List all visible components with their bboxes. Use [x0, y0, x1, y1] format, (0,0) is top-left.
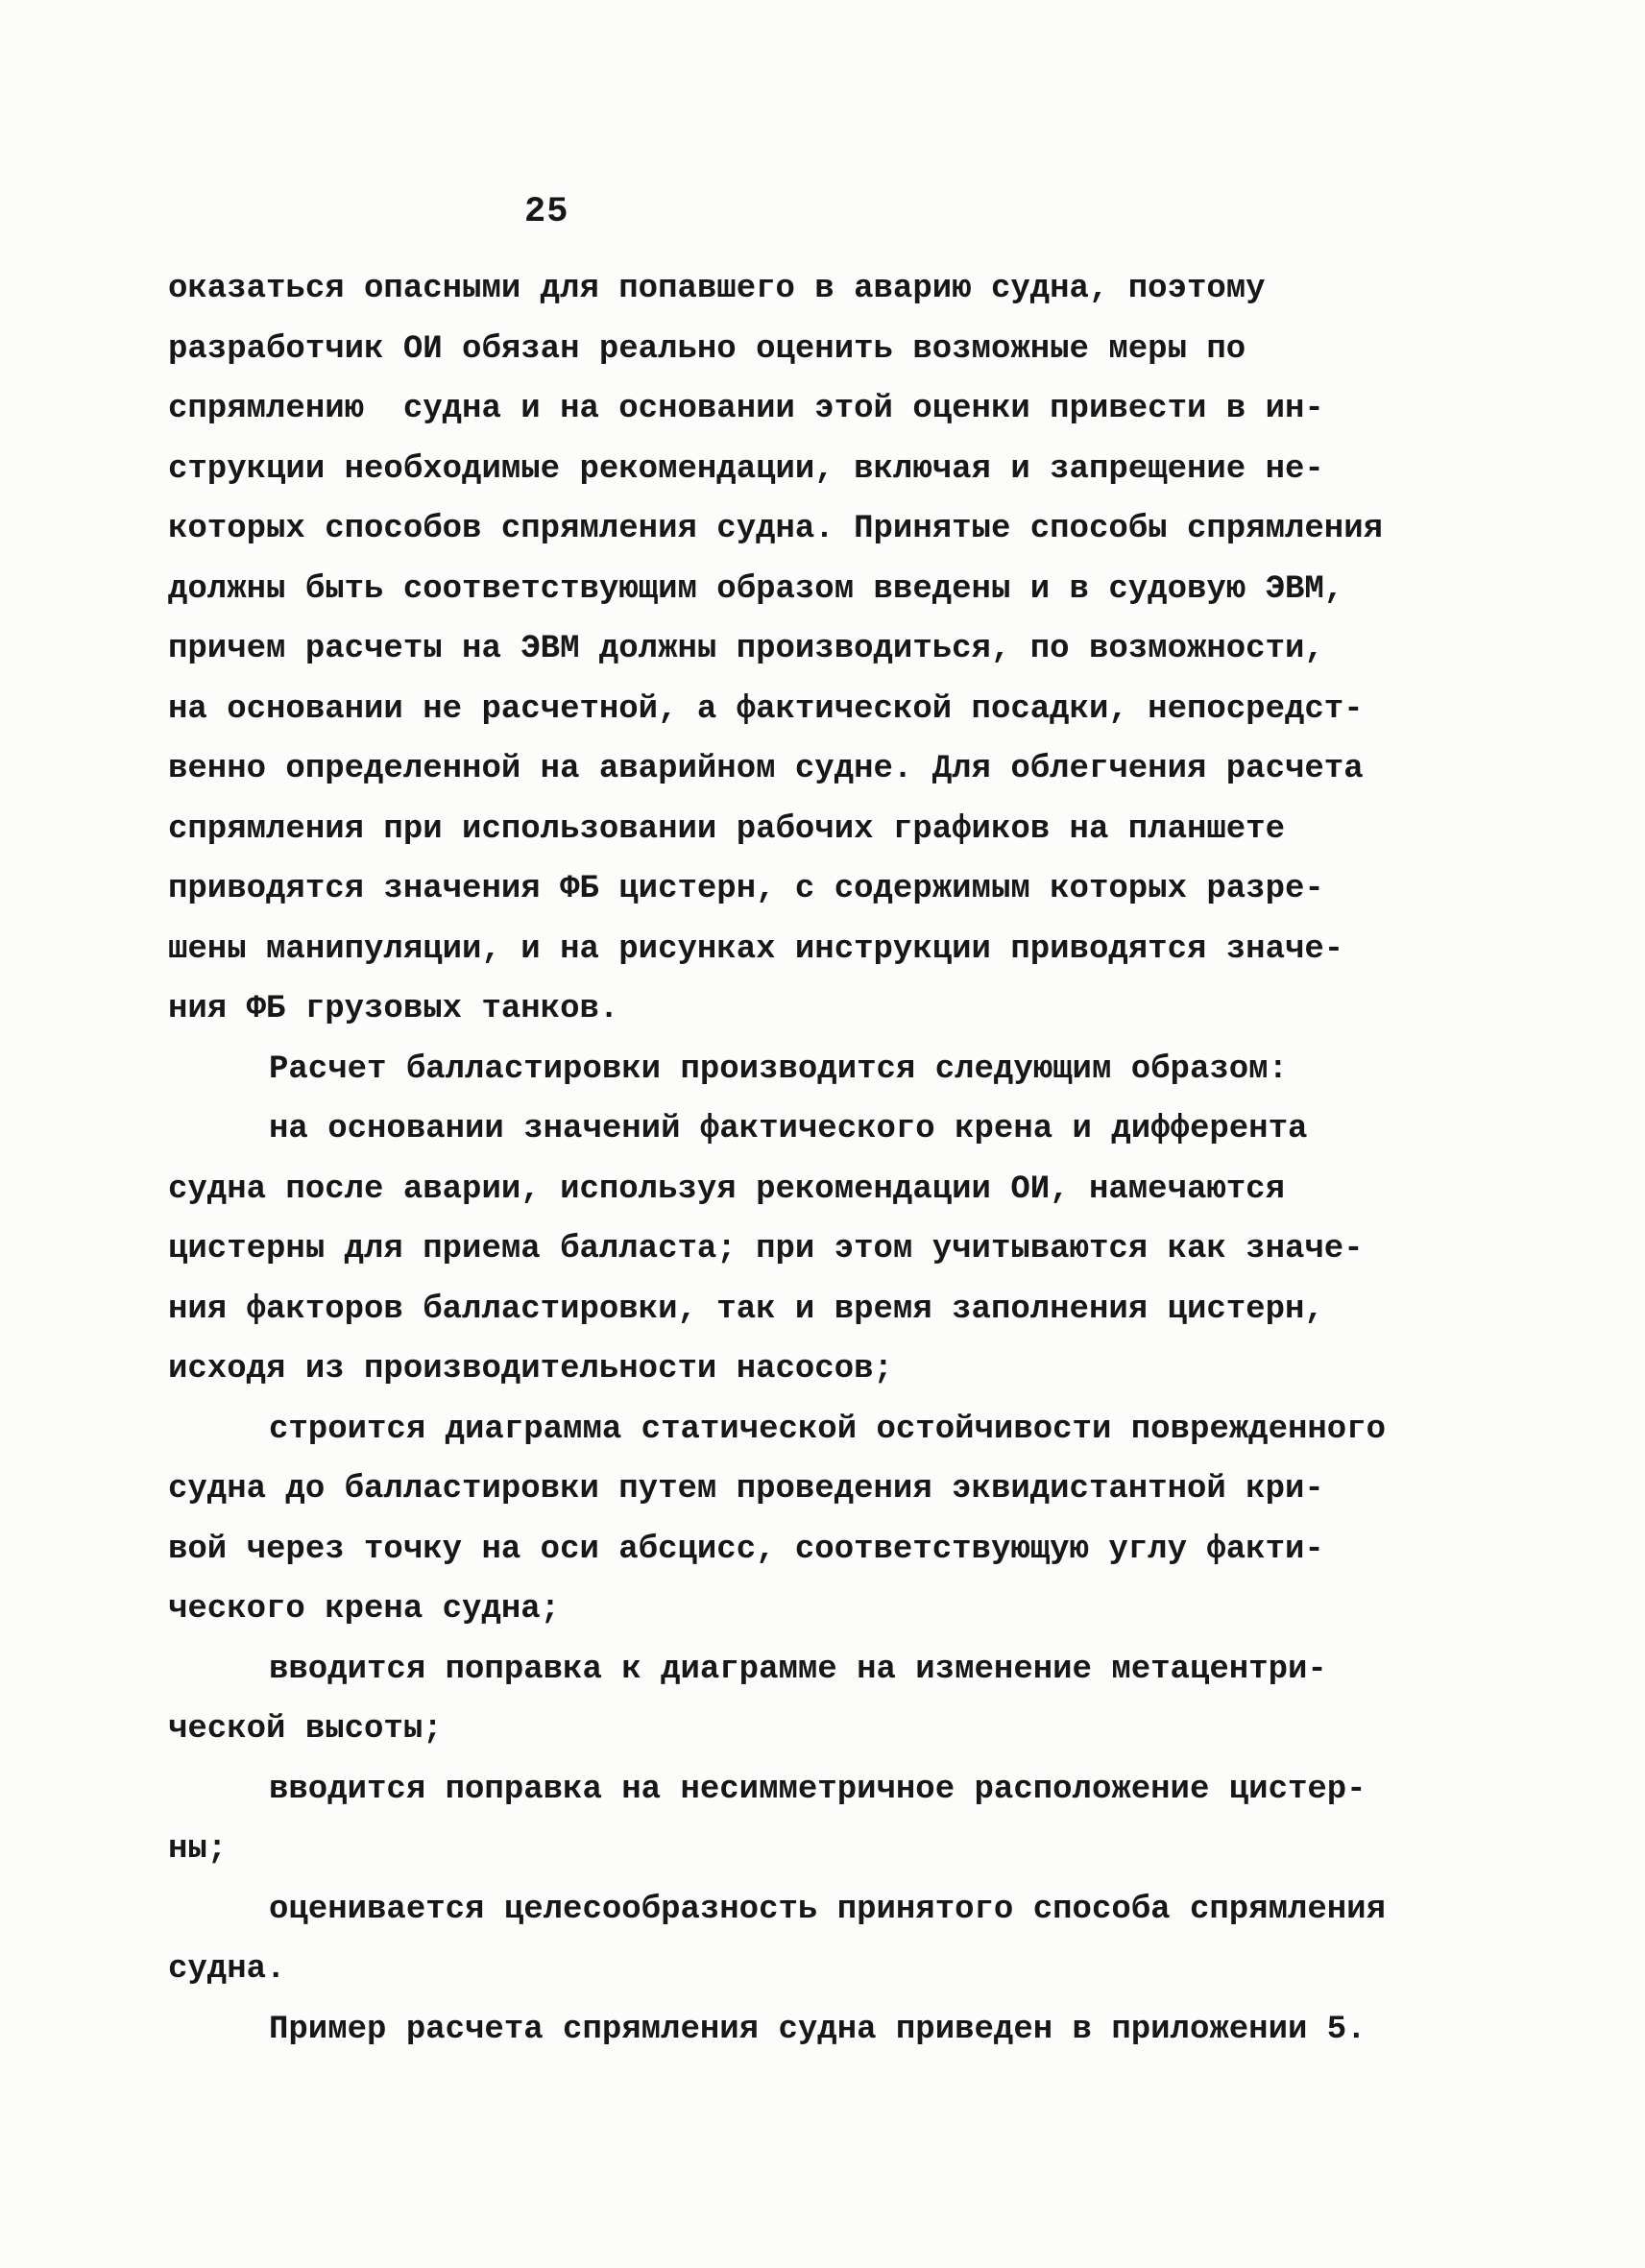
- text-line: ческого крена судна;: [168, 1580, 1416, 1640]
- text-line: судна до балластировки путем проведения …: [168, 1460, 1416, 1520]
- paragraph: Расчет балластировки производится следую…: [168, 1040, 1416, 1100]
- paragraph: вводится поправка к диаграмме на изменен…: [168, 1640, 1416, 1760]
- text-line: должны быть соответствующим образом введ…: [168, 560, 1416, 620]
- text-line: приводятся значения ФБ цистерн, с содерж…: [168, 859, 1416, 920]
- paragraph: вводится поправка на несимметричное расп…: [168, 1760, 1416, 1880]
- text-line: ния ФБ грузовых танков.: [168, 979, 1416, 1040]
- text-line: судна.: [168, 1940, 1416, 2000]
- text-line: оценивается целесообразность принятого с…: [168, 1880, 1416, 1941]
- paragraph: на основании значений фактического крена…: [168, 1099, 1416, 1400]
- text-line: вводится поправка к диаграмме на изменен…: [168, 1640, 1416, 1701]
- text-line: вой через точку на оси абсцисс, соответс…: [168, 1520, 1416, 1580]
- text-line: причем расчеты на ЭВМ должны производить…: [168, 619, 1416, 680]
- text-line: венно определенной на аварийном судне. Д…: [168, 739, 1416, 800]
- text-block: оказаться опасными для попавшего в авари…: [168, 259, 1416, 2060]
- text-line: вводится поправка на несимметричное расп…: [168, 1760, 1416, 1821]
- document-page: 25 оказаться опасными для попавшего в ав…: [0, 0, 1645, 2268]
- page-number: 25: [524, 192, 568, 232]
- text-line: ны;: [168, 1820, 1416, 1880]
- text-line: спрямления при использовании рабочих гра…: [168, 800, 1416, 860]
- text-line: Расчет балластировки производится следую…: [168, 1040, 1416, 1100]
- text-line: струкции необходимые рекомендации, включ…: [168, 440, 1416, 500]
- text-line: шены манипуляции, и на рисунках инструкц…: [168, 920, 1416, 980]
- text-line: разработчик ОИ обязан реально оценить во…: [168, 320, 1416, 380]
- text-line: оказаться опасными для попавшего в авари…: [168, 259, 1416, 320]
- paragraph: строится диаграмма статической остойчиво…: [168, 1400, 1416, 1640]
- text-line: ческой высоты;: [168, 1700, 1416, 1760]
- text-line: которых способов спрямления судна. Приня…: [168, 499, 1416, 560]
- text-line: судна после аварии, используя рекомендац…: [168, 1160, 1416, 1220]
- text-line: ния факторов балластировки, так и время …: [168, 1280, 1416, 1340]
- paragraph: оценивается целесообразность принятого с…: [168, 1880, 1416, 2000]
- text-line: на основании значений фактического крена…: [168, 1099, 1416, 1160]
- paragraph: оказаться опасными для попавшего в авари…: [168, 259, 1416, 1040]
- text-line: строится диаграмма статической остойчиво…: [168, 1400, 1416, 1460]
- text-line: спрямлению судна и на основании этой оце…: [168, 379, 1416, 440]
- text-line: на основании не расчетной, а фактической…: [168, 680, 1416, 740]
- text-line: цистерны для приема балласта; при этом у…: [168, 1219, 1416, 1280]
- text-line: исходя из производительности насосов;: [168, 1339, 1416, 1400]
- text-line: Пример расчета спрямления судна приведен…: [168, 2000, 1416, 2061]
- paragraph: Пример расчета спрямления судна приведен…: [168, 2000, 1416, 2061]
